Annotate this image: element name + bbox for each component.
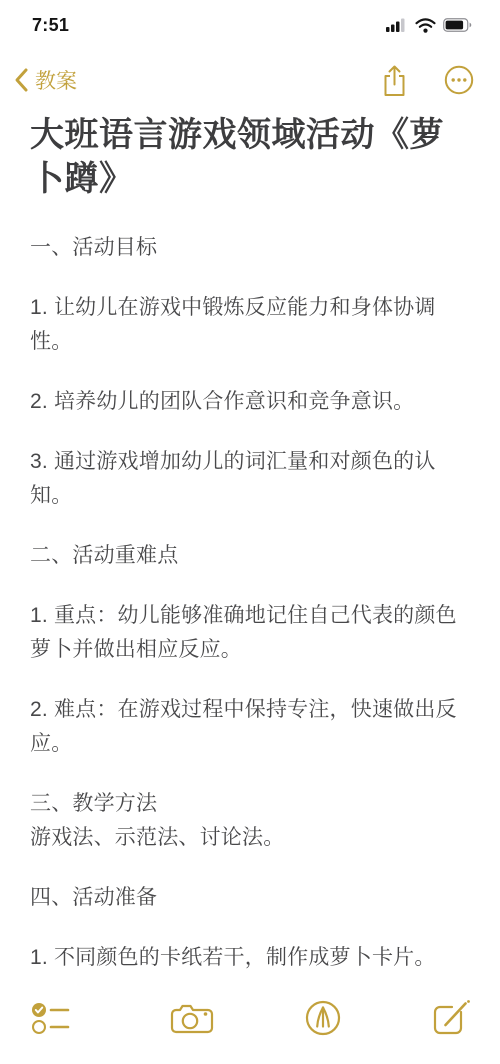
note-paragraph: 1. 不同颜色的卡纸若干，制作成萝卜卡片。: [30, 941, 472, 975]
nav-actions: [381, 64, 474, 97]
note-paragraph: 1. 让幼儿在游戏中锻炼反应能力和身体协调性。: [30, 291, 472, 359]
more-button[interactable]: [444, 65, 474, 95]
compose-button[interactable]: [432, 998, 472, 1038]
status-icons: [386, 18, 472, 33]
share-icon: [381, 64, 408, 97]
back-label: 教案: [35, 65, 77, 95]
ellipsis-circle-icon: [444, 65, 474, 95]
checklist-button[interactable]: [28, 999, 80, 1037]
back-button[interactable]: 教案: [14, 65, 77, 95]
note-title: 大班语言游戏领域活动《萝 卜蹲》: [30, 114, 472, 201]
note-paragraph: 一、活动目标: [30, 231, 472, 265]
note-paragraph: 2. 难点：在游戏过程中保持专注，快速做出反 应。: [30, 693, 472, 761]
note-paragraph: 三、教学方法 游戏法、示范法、讨论法。: [30, 787, 472, 855]
note-content[interactable]: 大班语言游戏领域活动《萝 卜蹲》 一、活动目标 1. 让幼儿在游戏中锻炼反应能力…: [0, 108, 500, 980]
chevron-left-icon: [14, 67, 29, 93]
nav-bar: 教案: [0, 56, 500, 104]
markup-button[interactable]: [304, 999, 342, 1037]
note-paragraph: 四、活动准备: [30, 881, 472, 915]
markup-pen-icon: [304, 999, 342, 1037]
camera-button[interactable]: [170, 1000, 214, 1036]
share-button[interactable]: [381, 64, 408, 97]
cellular-signal-icon: [386, 18, 408, 32]
camera-icon: [170, 1000, 214, 1036]
compose-icon: [432, 998, 472, 1038]
note-paragraph: 3. 通过游戏增加幼儿的词汇量和对颜色的认 知。: [30, 445, 472, 513]
bottom-toolbar: [0, 990, 500, 1046]
note-paragraph: 二、活动重难点: [30, 539, 472, 573]
status-bar: 7:51: [0, 0, 500, 44]
battery-icon: [443, 18, 472, 32]
checklist-icon: [28, 999, 80, 1037]
note-paragraph: 2. 培养幼儿的团队合作意识和竞争意识。: [30, 385, 472, 419]
note-paragraph: 1. 重点：幼儿能够准确地记住自己代表的颜色 萝卜并做出相应反应。: [30, 599, 472, 667]
status-time: 7:51: [32, 15, 69, 36]
wifi-icon: [415, 18, 436, 33]
